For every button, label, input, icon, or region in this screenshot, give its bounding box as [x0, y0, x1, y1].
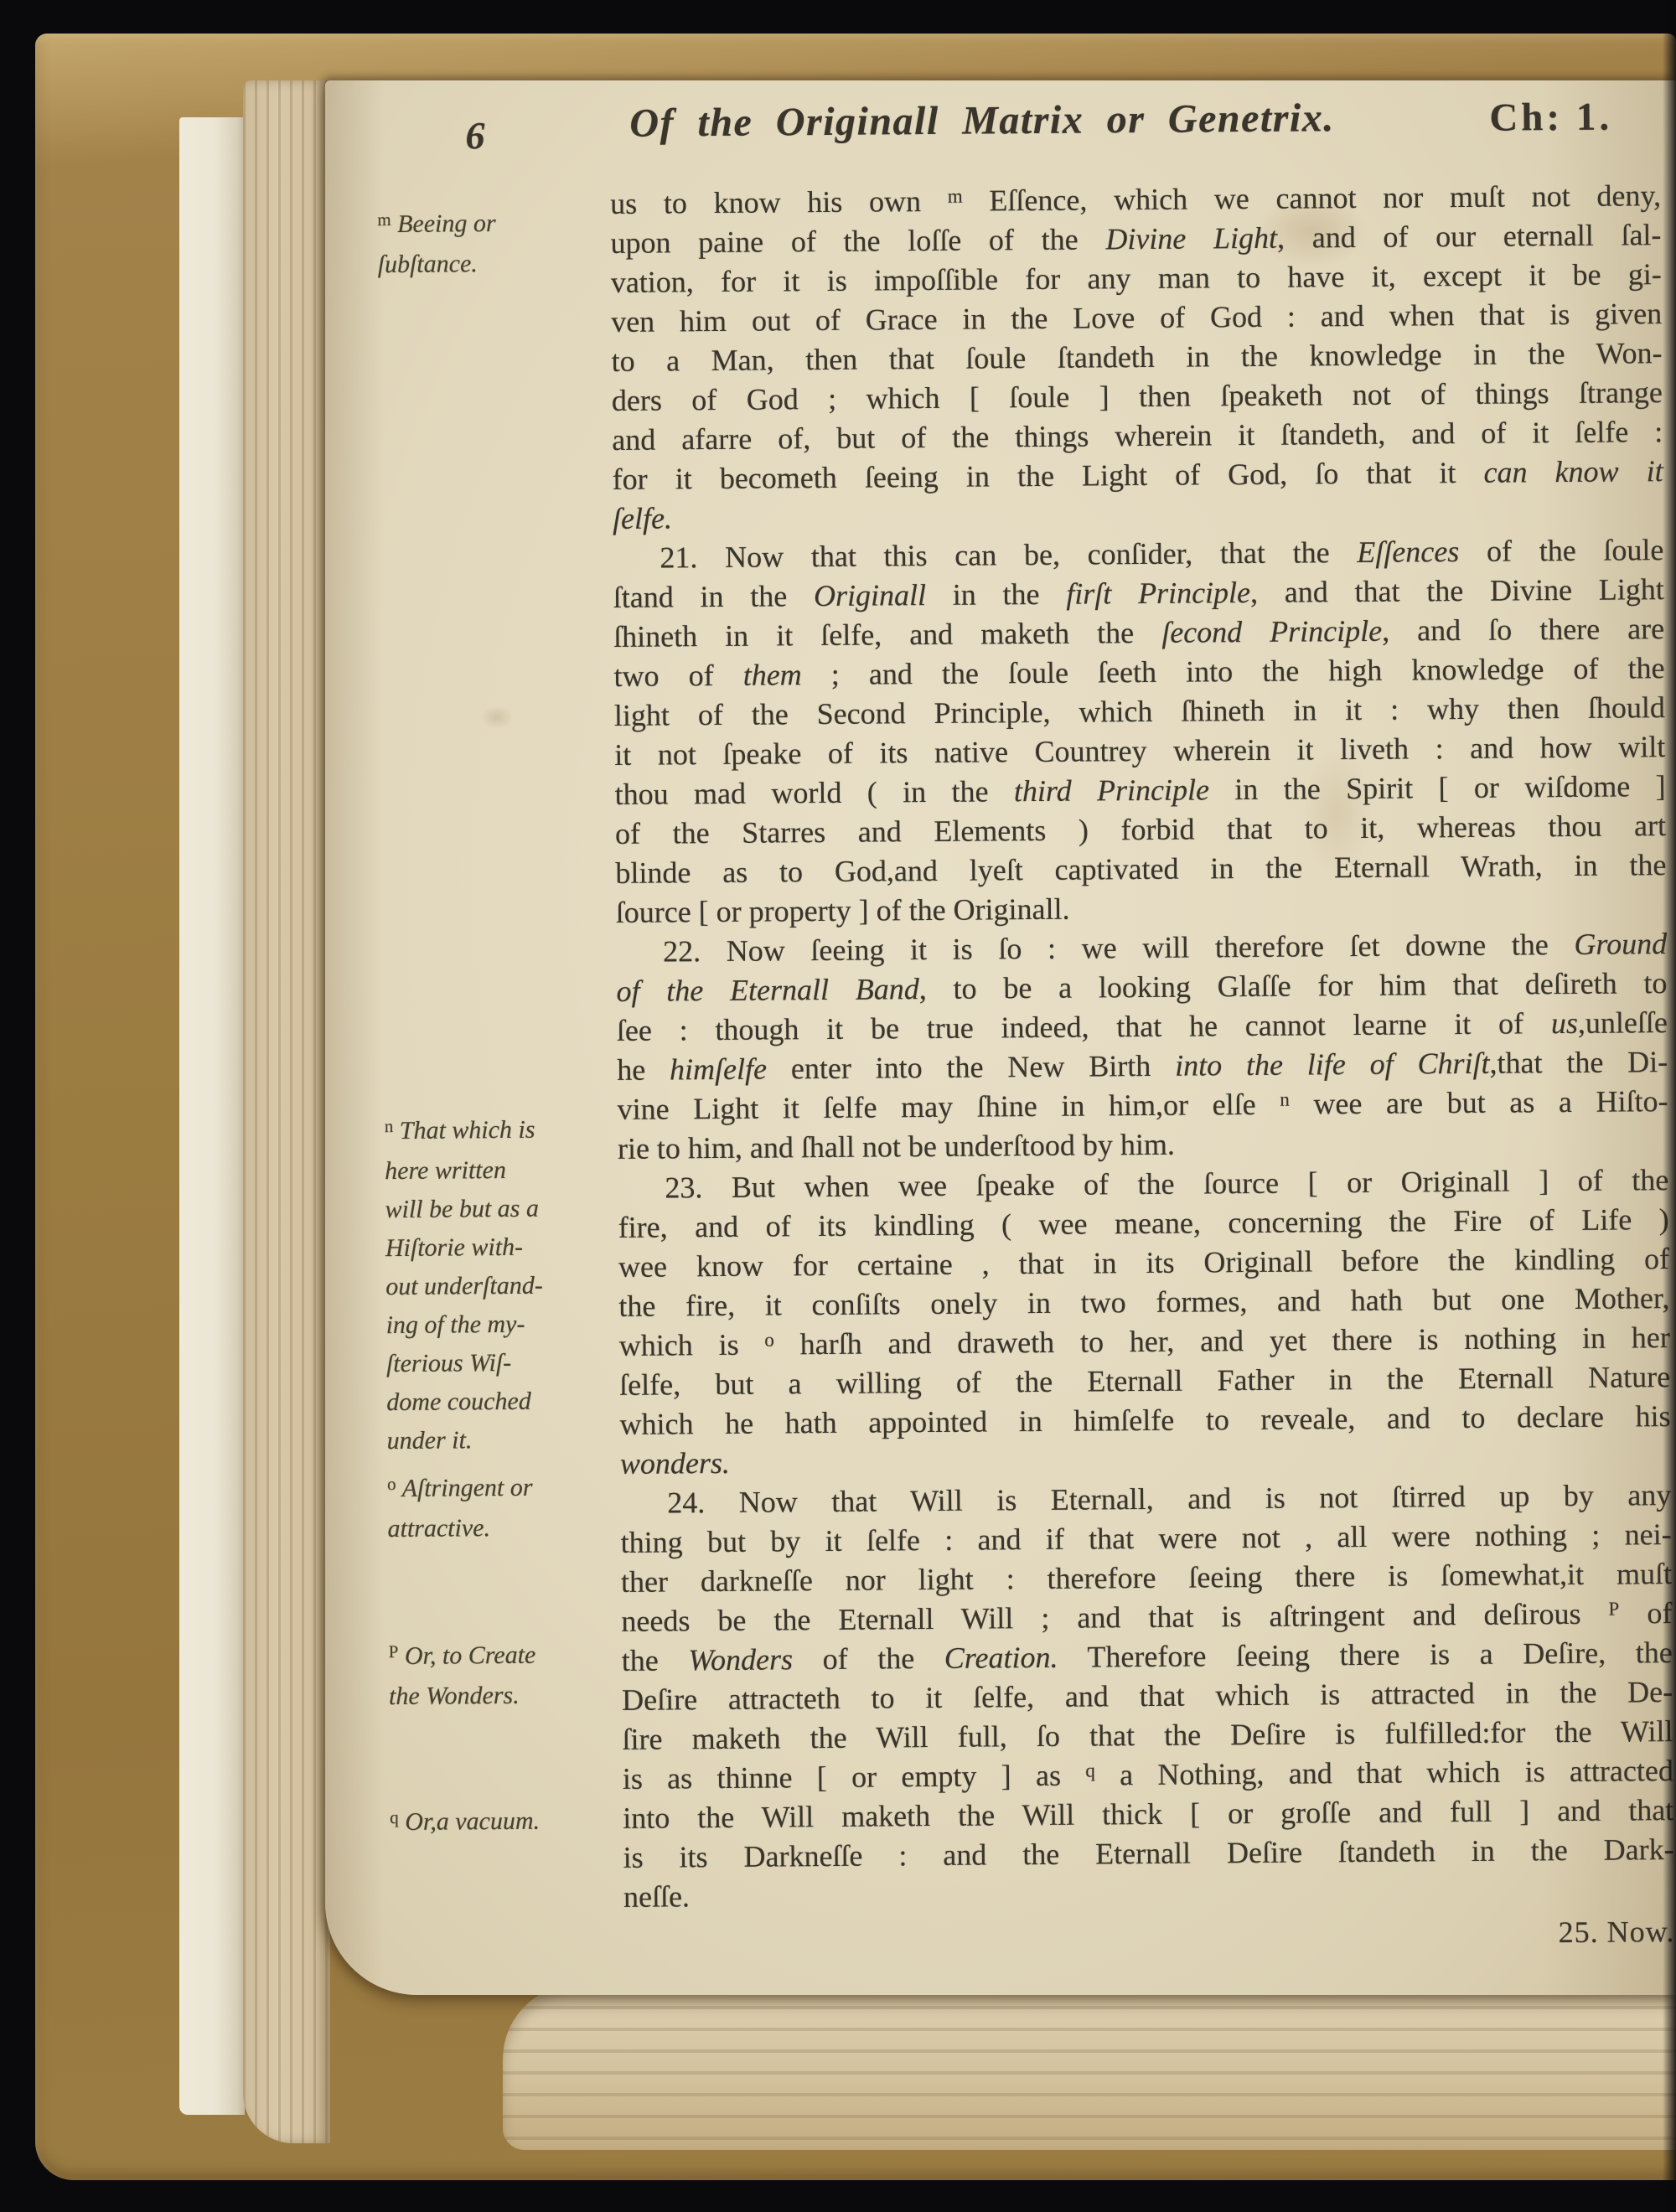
body-text: us to know his own m Eſſence, which we c… — [610, 176, 1674, 1917]
margin-note-m: m Beeing orſubſtance. — [377, 204, 619, 284]
book-page: 6 Of the Originall Matrix or Genetrix. C… — [325, 80, 1676, 1995]
margin-note-o: o Aſtringent orattractive. — [387, 1468, 629, 1548]
photo-edge-shadow — [1663, 0, 1676, 2212]
body-line: which he hath appointed in himſelfe to r… — [619, 1397, 1670, 1445]
photo-backdrop: { "colors":{ "backdrop":"#0a0a0c", "leat… — [0, 0, 1676, 2212]
page-edges-bottom — [503, 1984, 1676, 2150]
margin-notes: m Beeing orſubſtance.n That which ishere… — [376, 80, 618, 82]
page-number: 6 — [465, 113, 484, 158]
page-edges-left — [243, 80, 330, 2143]
margin-note-P: P Or, to Createthe Wonders. — [389, 1636, 631, 1716]
running-title: Of the Originall Matrix or Genetrix. — [629, 94, 1492, 147]
flyleaf-sheet — [179, 117, 245, 2115]
body-line: blinde as to God,and lyeſt captivated in… — [615, 845, 1666, 893]
body-line: for it becometh ſeeing in the Light of G… — [613, 452, 1663, 499]
margin-note-q: q Or,a vacuum. — [390, 1801, 631, 1843]
margin-note-n: n That which ishere writtenwill be but a… — [385, 1110, 628, 1460]
catchword: 25. Now. — [623, 1914, 1676, 1957]
chapter-heading: Ch: 1. — [1489, 95, 1612, 141]
body-line: neſſe. — [623, 1869, 1674, 1917]
page-content: 6 Of the Originall Matrix or Genetrix. C… — [318, 72, 1676, 1998]
body-line: is its Darkneſſe : and the Eternall Deſi… — [623, 1830, 1673, 1878]
body-line: vine Light it ſelfe may ſhine in him,or … — [617, 1082, 1668, 1129]
